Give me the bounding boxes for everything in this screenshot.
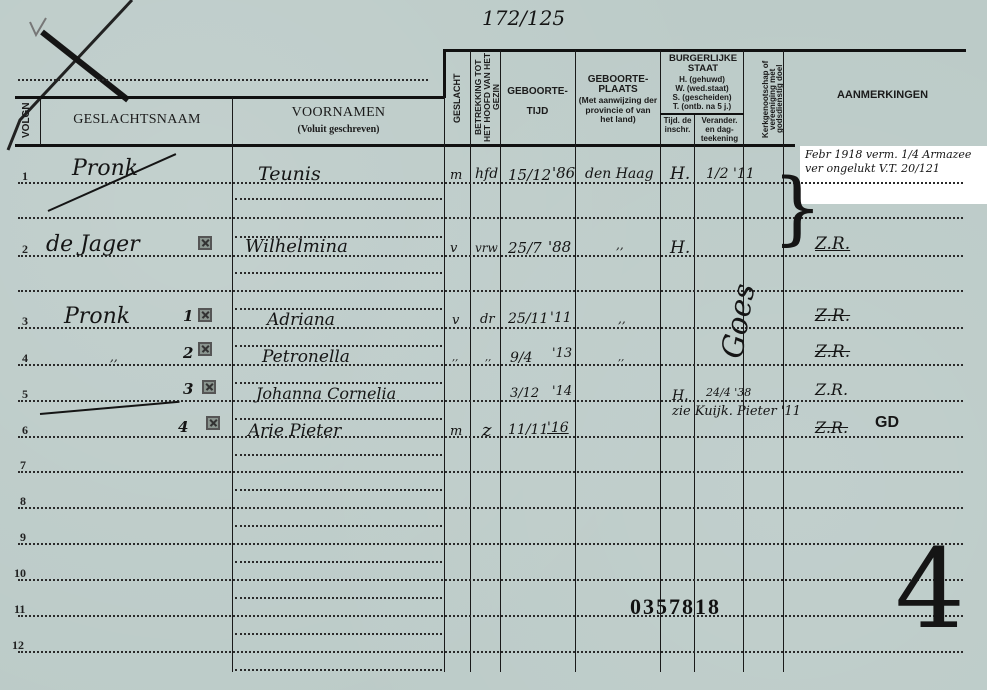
header-geboorteplaats-2: PLAATS bbox=[576, 84, 660, 95]
sex: m bbox=[450, 168, 462, 183]
row-number: 3 bbox=[22, 314, 28, 329]
row-8-line bbox=[18, 507, 963, 509]
sub-line bbox=[235, 597, 442, 599]
header-bs-h: H. (gehuwd) bbox=[661, 75, 743, 84]
relation: ,, bbox=[485, 352, 491, 363]
row-number: 11 bbox=[14, 602, 25, 617]
remark: Z.R. bbox=[815, 306, 850, 326]
sub-line bbox=[235, 454, 442, 456]
stamp-mark-icon bbox=[206, 416, 220, 430]
header-betrekking: BETREKKING TOT HET HOOFD VAN HET GEZIN bbox=[474, 52, 500, 142]
registration-card: 172/125 VOLGN GESLACHTSNAAM VOORNAMEN (V… bbox=[0, 0, 987, 690]
stamp-mark-icon bbox=[198, 236, 212, 250]
header-bs-w: W. (wed.staat) bbox=[661, 84, 743, 93]
birth-date: 9/4 bbox=[510, 350, 533, 366]
child-number: 1 bbox=[183, 307, 193, 325]
row-4-line bbox=[18, 364, 963, 366]
birth-year: '14 bbox=[552, 384, 572, 399]
birth-date: 15/12 bbox=[508, 166, 551, 184]
row-number: 2 bbox=[22, 242, 28, 257]
remark: Z.R. bbox=[815, 418, 848, 437]
row-number: 9 bbox=[20, 530, 26, 545]
sub-line bbox=[235, 669, 442, 671]
given-name: Johanna Cornelia bbox=[256, 384, 396, 403]
header-geboortetijd-1: GEBOORTE- bbox=[500, 86, 575, 97]
col-line-volgnummer bbox=[40, 97, 41, 145]
row-10-line bbox=[18, 579, 963, 581]
sex: v bbox=[450, 241, 457, 256]
stamp-mark-icon bbox=[202, 380, 216, 394]
sheet-mark: 4 bbox=[895, 525, 965, 653]
stamp-mark-icon bbox=[198, 308, 212, 322]
header-bs-t: T. (ontb. na 5 j.) bbox=[661, 102, 743, 111]
row-12-line bbox=[18, 651, 963, 653]
gd-stamp: GD bbox=[875, 414, 899, 432]
sub-line bbox=[18, 290, 963, 292]
relation: hfd bbox=[475, 166, 498, 182]
sub-line bbox=[235, 489, 442, 491]
header-bs-verander: Verander. en dag-teekening bbox=[696, 116, 743, 143]
church-annotation: Goes bbox=[715, 281, 763, 361]
header-geslachtsnaam: GESLACHTSNAAM bbox=[42, 114, 232, 125]
card-reference: 172/125 bbox=[482, 6, 565, 30]
child-number: 3 bbox=[183, 380, 193, 398]
remark: Z.R. bbox=[815, 380, 848, 399]
header-voornamen-sub: (Voluit geschreven) bbox=[233, 124, 444, 135]
header-kerk-text: Kerkgenootschap of vereeniging met godsd… bbox=[761, 60, 784, 137]
row-number: 12 bbox=[12, 638, 24, 653]
row-9-line bbox=[18, 543, 963, 545]
row-11-line bbox=[18, 615, 963, 617]
row-2-line bbox=[18, 255, 963, 257]
family-brace: } bbox=[772, 168, 823, 248]
row-number: 6 bbox=[22, 423, 28, 438]
given-name: Petronella bbox=[262, 347, 350, 367]
header-voornamen: VOORNAMEN bbox=[233, 107, 444, 118]
header-bs-s: S. (gescheiden) bbox=[661, 93, 743, 102]
birth-date: 25/7 bbox=[508, 239, 542, 257]
relation: vrw bbox=[475, 241, 498, 255]
header-volgnummer: VOLGN bbox=[22, 100, 32, 140]
header-bottom bbox=[15, 144, 795, 147]
header-betrekking-text: BETREKKING TOT HET HOOFD VAN HET GEZIN bbox=[473, 52, 501, 141]
title-dotted-line bbox=[18, 79, 428, 81]
stamp-mark-icon bbox=[198, 342, 212, 356]
birth-place: ,, bbox=[618, 352, 624, 363]
sex: v bbox=[452, 313, 459, 328]
extra-note: zie Kuijk. Pieter '11 bbox=[672, 404, 801, 419]
row-3-line bbox=[18, 327, 963, 329]
birth-year: '16 bbox=[547, 420, 569, 436]
birth-year: '13 bbox=[552, 346, 572, 361]
given-name: Wilhelmina bbox=[245, 236, 348, 257]
header-burgerlijke-staat: BURGERLIJKE STAAT bbox=[664, 54, 742, 74]
row-number: 5 bbox=[22, 387, 28, 402]
civil-change: 24/4 '38 bbox=[706, 386, 751, 399]
given-name: Teunis bbox=[258, 163, 321, 185]
remark-note: Febr 1918 verm. 1/4 Armazee ver ongelukt… bbox=[805, 148, 985, 176]
remark-note-text: Febr 1918 verm. 1/4 Armazee ver ongelukt… bbox=[805, 148, 971, 175]
sub-line bbox=[235, 418, 442, 420]
birth-year: '11 bbox=[550, 310, 572, 326]
remark: Z.R. bbox=[815, 342, 850, 362]
given-name: Adriana bbox=[267, 310, 335, 330]
surname: ,, bbox=[110, 350, 118, 364]
relation: dr bbox=[480, 312, 495, 327]
civil-state: H. bbox=[670, 164, 690, 184]
row-number: 10 bbox=[14, 566, 26, 581]
birth-place: ,, bbox=[618, 312, 626, 326]
birth-year: '86 bbox=[552, 164, 575, 182]
header-step bbox=[443, 50, 446, 98]
sub-line bbox=[235, 198, 442, 200]
civil-state: H. bbox=[672, 388, 689, 404]
surname: Pronk bbox=[64, 304, 130, 329]
birth-date: 25/11 bbox=[508, 311, 548, 327]
civil-change: 1/2 '11 bbox=[706, 166, 755, 182]
birth-date: 3/12 bbox=[510, 386, 539, 401]
sub-line bbox=[235, 272, 442, 274]
birth-year: '88 bbox=[548, 238, 571, 256]
row-number: 7 bbox=[20, 458, 26, 473]
civil-state: H. bbox=[670, 238, 690, 258]
serial-number: 0357818 bbox=[630, 594, 721, 620]
row-number: 1 bbox=[22, 169, 28, 184]
header-top-left bbox=[15, 96, 445, 99]
surname-strike bbox=[40, 401, 180, 415]
sub-line bbox=[235, 633, 442, 635]
sub-line bbox=[235, 561, 442, 563]
child-number: 4 bbox=[178, 418, 188, 436]
sex: ,, bbox=[452, 352, 458, 363]
given-name: Arie Pieter bbox=[248, 421, 341, 441]
col-line-bs-tijd bbox=[694, 114, 695, 672]
bs-subdivider bbox=[660, 113, 744, 115]
birth-date: 11/11 bbox=[508, 422, 548, 438]
surname: de Jager bbox=[46, 232, 140, 257]
row-number: 4 bbox=[22, 351, 28, 366]
header-top-right bbox=[443, 49, 966, 52]
relation: z bbox=[482, 420, 491, 441]
row-7-line bbox=[18, 471, 963, 473]
birth-place: ,, bbox=[616, 238, 624, 252]
header-bs-tijd: Tijd. de inschr. bbox=[661, 116, 694, 134]
header-geslacht: GESLACHT bbox=[452, 58, 462, 138]
sub-line bbox=[235, 525, 442, 527]
header-geboortetijd-2: TIJD bbox=[500, 106, 575, 117]
child-number: 2 bbox=[183, 344, 193, 362]
header-geboorteplaats-sub: (Met aanwijzing der provincie of van het… bbox=[578, 96, 658, 125]
header-aanmerkingen: AANMERKINGEN bbox=[800, 90, 965, 101]
surname: Pronk bbox=[72, 156, 138, 181]
header-kerkgenootschap: Kerkgenootschap of vereeniging met godsd… bbox=[762, 54, 783, 144]
sex: m bbox=[450, 424, 462, 439]
row-number: 8 bbox=[20, 494, 26, 509]
birth-place: den Haag bbox=[585, 166, 654, 182]
